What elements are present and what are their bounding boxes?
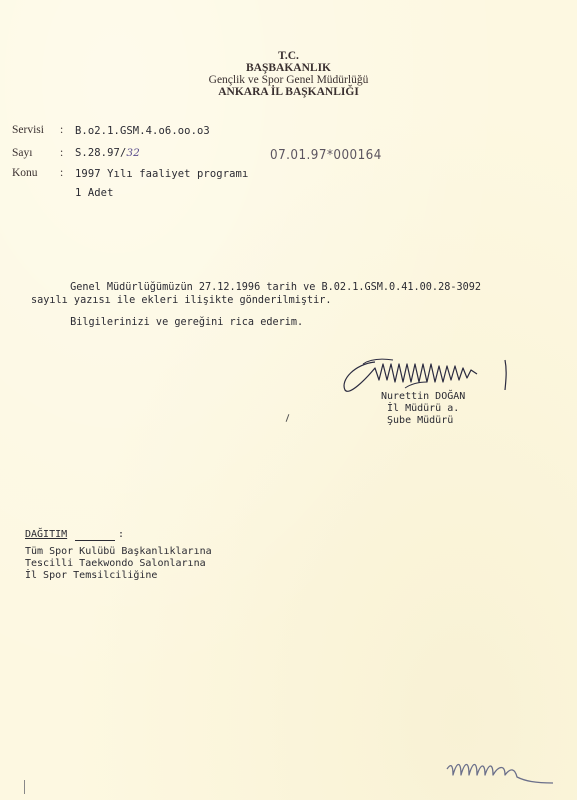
distribution-underline	[75, 540, 115, 541]
margin-mark	[24, 780, 25, 794]
handwritten-initials-icon	[445, 757, 565, 787]
letterhead-ankara: ANKARA İL BAŞKANLIĞI	[0, 86, 577, 98]
distribution-item-2: Tescilli Taekwondo Salonlarına	[25, 558, 206, 570]
letterhead-directorate: Gençlik ve Spor Genel Müdürlüğü	[0, 74, 577, 86]
body-line-2: sayılı yazısı ile ekleri ilişikte gönder…	[31, 295, 332, 306]
sayi-handwritten-number: 32	[126, 147, 140, 159]
konu-quantity: 1 Adet	[75, 187, 114, 199]
distribution-item-3: İl Spor Temsilciliğine	[25, 570, 157, 582]
signatory-name: Nurettin DOĞAN	[381, 391, 465, 403]
letterhead: T.C. BAŞBAKANLIK Gençlik ve Spor Genel M…	[0, 50, 577, 98]
letterhead-basbakanlik: BAŞBAKANLIK	[0, 62, 577, 74]
pen-mark	[286, 414, 290, 422]
body-line-1: Genel Müdürlüğümüzün 27.12.1996 tarih ve…	[21, 282, 481, 293]
distribution-heading: DAĞITIM	[25, 529, 67, 540]
servisi-colon: :	[60, 124, 63, 136]
signatory-title-1: İl Müdürü a.	[381, 403, 459, 415]
sayi-colon: :	[60, 147, 63, 159]
servisi-value: B.o2.1.GSM.4.o6.oo.o3	[75, 125, 210, 137]
konu-colon: :	[60, 167, 63, 179]
letterhead-tc: T.C.	[0, 50, 577, 62]
servisi-label: Servisi	[12, 124, 44, 136]
konu-value: 1997 Yılı faaliyet programı	[75, 168, 248, 180]
body-line-3: Bilgilerinizi ve gereğini rica ederim.	[21, 317, 303, 328]
sayi-label: Sayı	[12, 147, 32, 159]
sayi-value: S.28.97/32	[75, 147, 140, 159]
signatory-title-2: Şube Müdürü	[381, 415, 453, 427]
konu-label: Konu	[12, 167, 38, 179]
distribution-colon: :	[118, 529, 124, 540]
distribution-item-1: Tüm Spor Kulübü Başkanlıklarına	[25, 546, 212, 558]
sayi-typed: S.28.97/	[75, 147, 126, 159]
registry-stamp: 07.01.97*000164	[270, 148, 382, 163]
